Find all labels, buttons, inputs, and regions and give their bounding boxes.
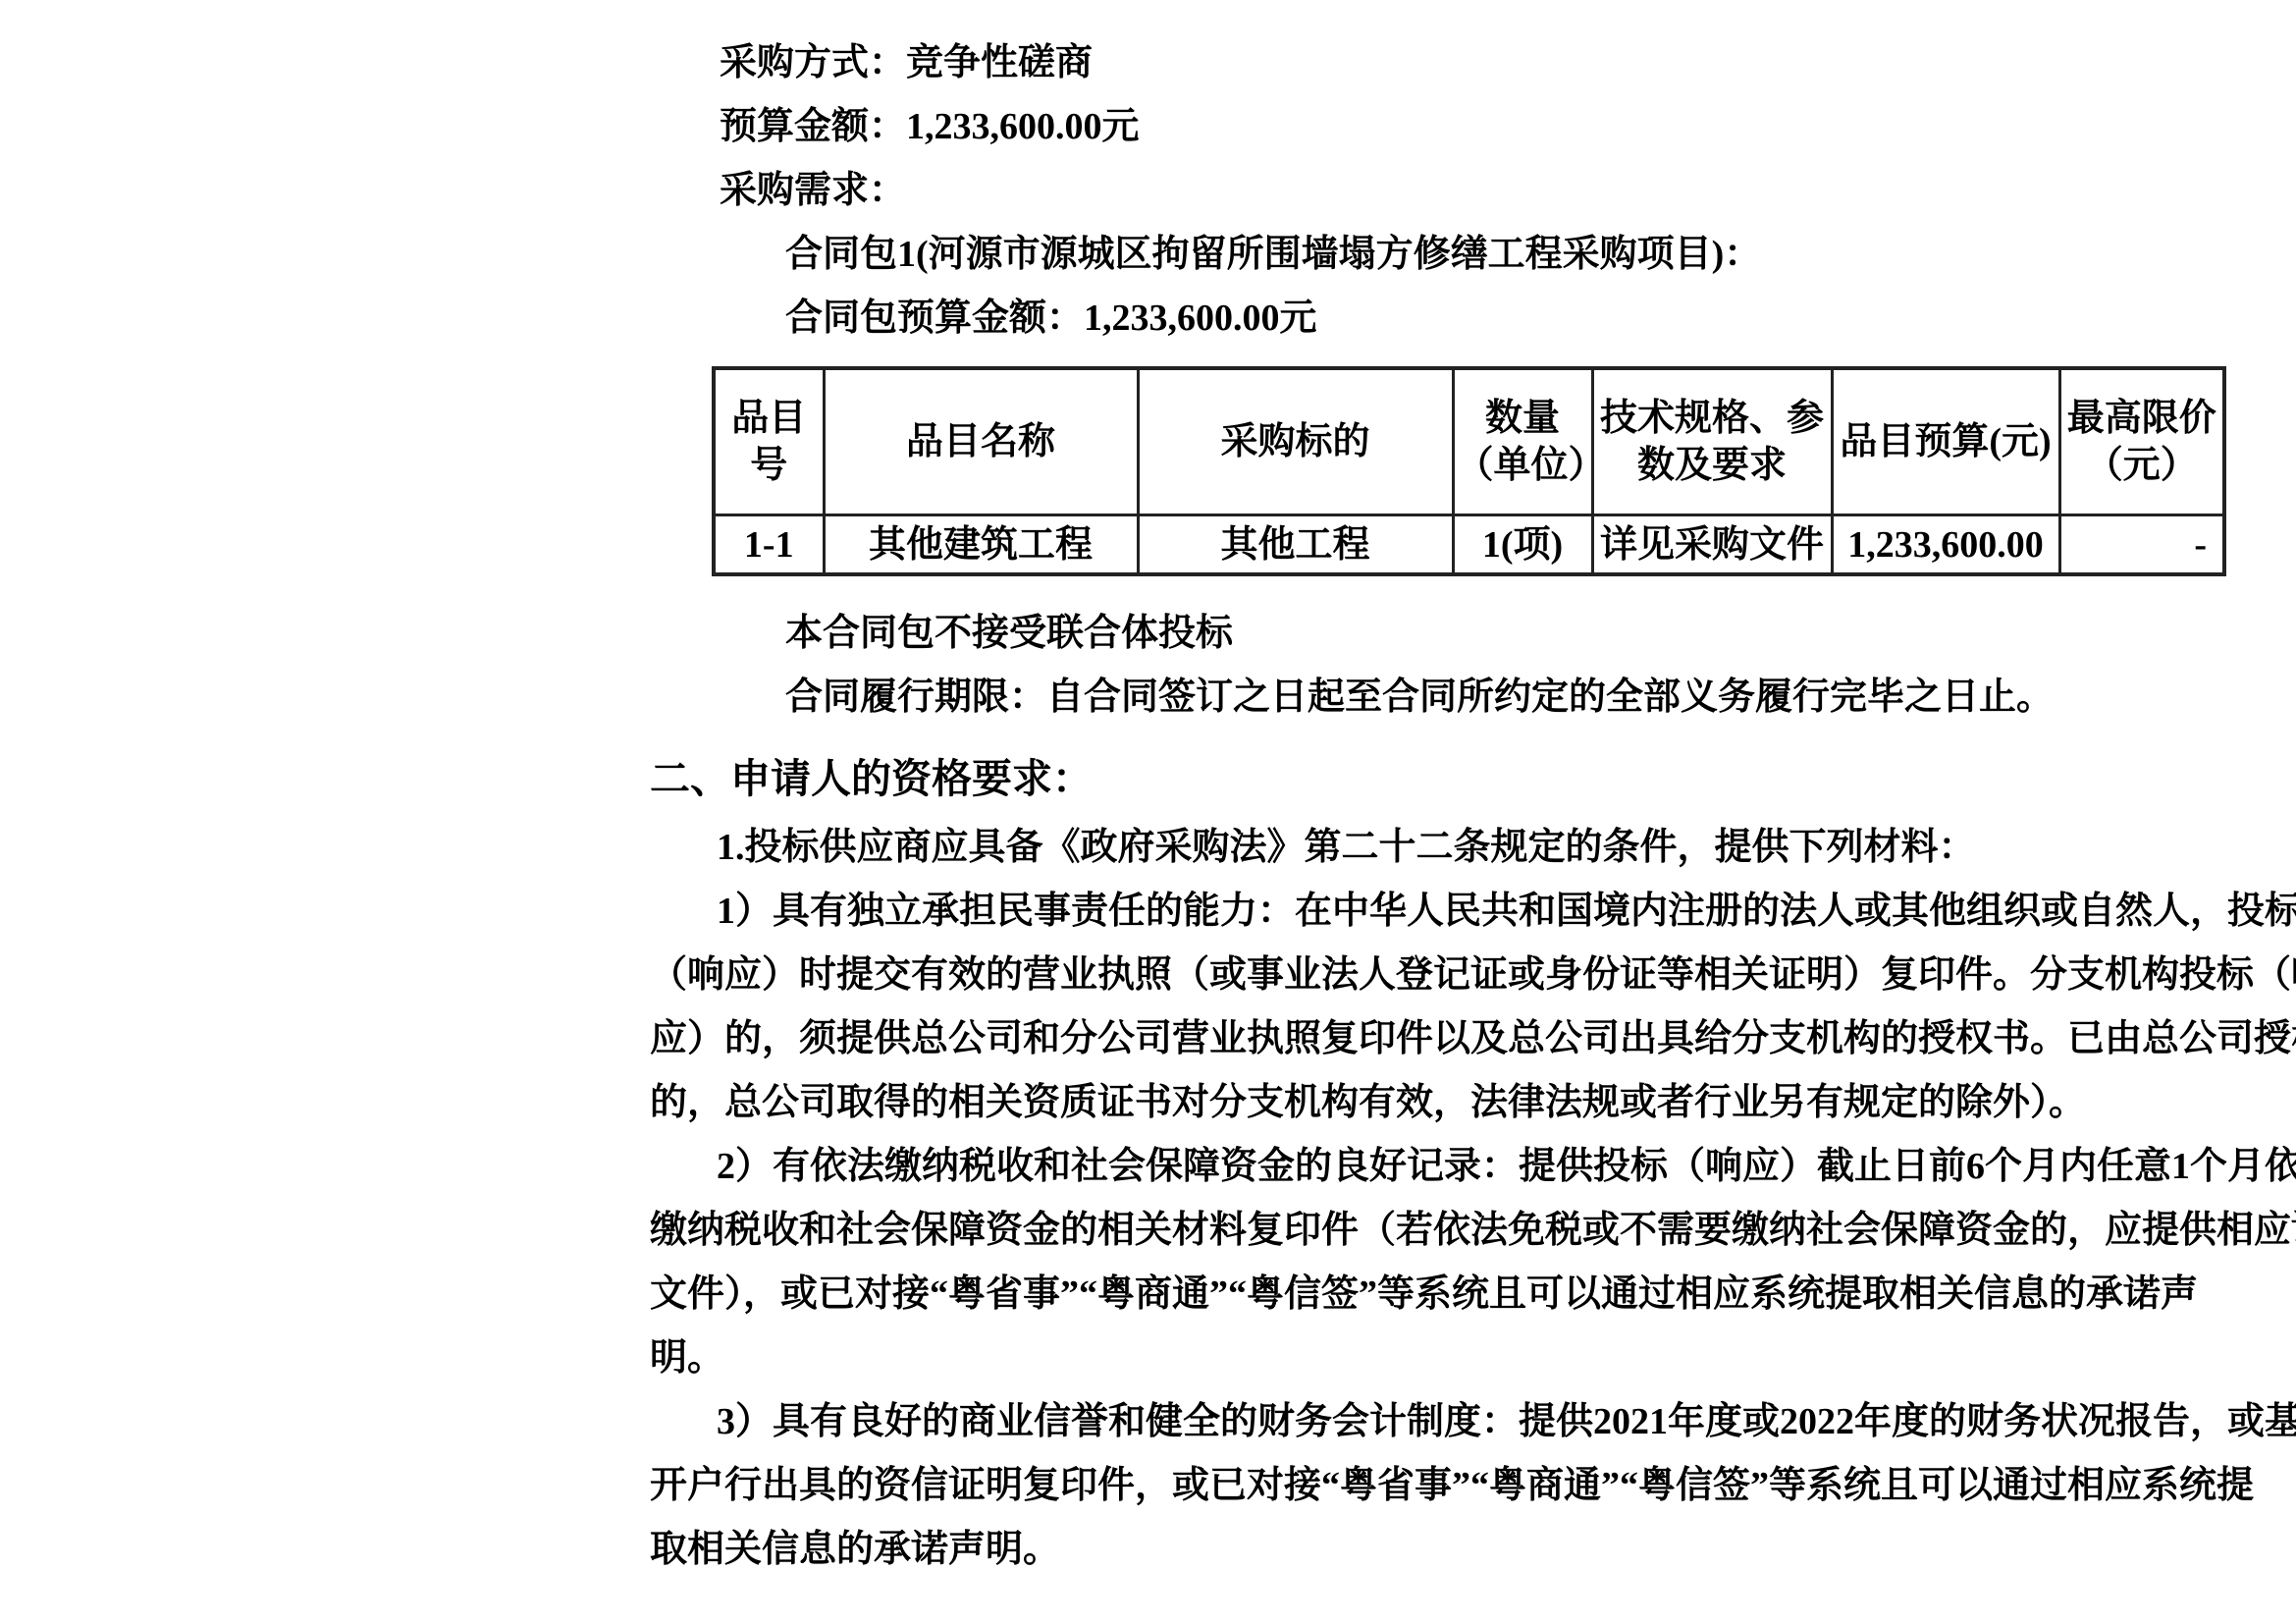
section-heading: 二、申请人的资格要求：: [650, 743, 2296, 814]
table-cell: 1(项): [1453, 515, 1592, 575]
procurement-items-table: 品目号品目名称采购标的数量（单位）技术规格、参数及要求品目预算(元)最高限价（元…: [712, 366, 2226, 576]
doc-line: 取相关信息的承诺声明。: [650, 1518, 2296, 1582]
doc-line: 明。: [650, 1326, 2296, 1390]
doc-line: 应）的，须提供总公司和分公司营业执照复印件以及总公司出具给分支机构的授权书。已由…: [650, 1007, 2296, 1071]
doc-line: 开户行出具的资信证明复印件，或已对接“粤省事”“粤商通”“粤信签”等系统且可以通…: [650, 1454, 2296, 1518]
doc-line: 采购方式：竞争性磋商: [720, 31, 2296, 95]
qualification-requirements: 1.投标供应商应具备《政府采购法》第二十二条规定的条件，提供下列材料：1）具有独…: [0, 816, 2296, 1582]
doc-line: 的，总公司取得的相关资质证书对分支机构有效，法律法规或者行业另有规定的除外）。: [650, 1071, 2296, 1135]
contract-notes: 本合同包不接受联合体投标合同履行期限：自合同签订之日起至合同所约定的全部义务履行…: [0, 602, 2296, 730]
table-cell: -: [2059, 515, 2224, 575]
doc-line: 合同履行期限：自合同签订之日起至合同所约定的全部义务履行完毕之日止。: [785, 666, 2296, 730]
doc-line: 1.投标供应商应具备《政府采购法》第二十二条规定的条件，提供下列材料：: [717, 816, 2296, 880]
table-cell: 1,233,600.00: [1832, 515, 2059, 575]
items-table-header-row: 品目号品目名称采购标的数量（单位）技术规格、参数及要求品目预算(元)最高限价（元…: [714, 368, 2224, 515]
doc-line: 缴纳税收和社会保障资金的相关材料复印件（若依法免税或不需要缴纳社会保障资金的，应…: [650, 1199, 2296, 1263]
doc-line: 采购需求：: [720, 159, 2296, 223]
items-table-body: 1-1其他建筑工程其他工程1(项)详见采购文件1,233,600.00-: [714, 515, 2224, 575]
items-table-head: 品目号品目名称采购标的数量（单位）技术规格、参数及要求品目预算(元)最高限价（元…: [714, 368, 2224, 515]
doc-line: 合同包1(河源市源城区拘留所围墙塌方修缮工程采购项目)：: [785, 223, 2296, 287]
doc-line: 本合同包不接受联合体投标: [785, 602, 2296, 666]
table-cell: 其他工程: [1138, 515, 1453, 575]
doc-line: 2）有依法缴纳税收和社会保障资金的良好记录：提供投标（响应）截止日前6个月内任意…: [717, 1135, 2296, 1199]
table-cell: 其他建筑工程: [824, 515, 1138, 575]
table-header-cell: 品目预算(元): [1832, 368, 2059, 515]
doc-line: 合同包预算金额：1,233,600.00元: [785, 287, 2296, 351]
table-header-cell: 技术规格、参数及要求: [1592, 368, 1832, 515]
table-header-cell: 品目名称: [824, 368, 1138, 515]
table-header-cell: 数量（单位）: [1453, 368, 1592, 515]
table-cell: 详见采购文件: [1592, 515, 1832, 575]
document-page: 采购方式：竞争性磋商预算金额：1,233,600.00元采购需求：合同包1(河源…: [0, 0, 2296, 1624]
doc-line: 3）具有良好的商业信誉和健全的财务会计制度：提供2021年度或2022年度的财务…: [717, 1390, 2296, 1454]
procurement-intro: 采购方式：竞争性磋商预算金额：1,233,600.00元采购需求：合同包1(河源…: [0, 0, 2296, 351]
doc-line: 1）具有独立承担民事责任的能力：在中华人民共和国境内注册的法人或其他组织或自然人…: [717, 880, 2296, 944]
table-row: 1-1其他建筑工程其他工程1(项)详见采购文件1,233,600.00-: [714, 515, 2224, 575]
table-header-cell: 品目号: [714, 368, 824, 515]
table-header-cell: 采购标的: [1138, 368, 1453, 515]
doc-line: 预算金额：1,233,600.00元: [720, 95, 2296, 159]
table-header-cell: 最高限价（元）: [2059, 368, 2224, 515]
table-cell: 1-1: [714, 515, 824, 575]
doc-line: （响应）时提交有效的营业执照（或事业法人登记证或身份证等相关证明）复印件。分支机…: [650, 944, 2296, 1007]
doc-line: 文件），或已对接“粤省事”“粤商通”“粤信签”等系统且可以通过相应系统提取相关信…: [650, 1263, 2296, 1326]
